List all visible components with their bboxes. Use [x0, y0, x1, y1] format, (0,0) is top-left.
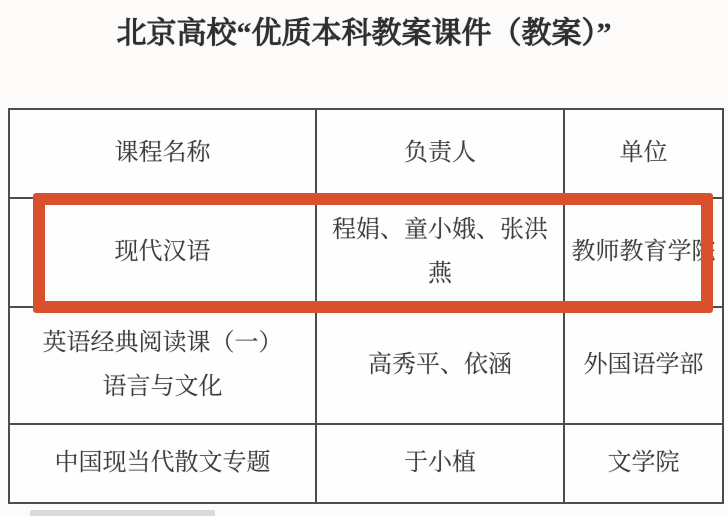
header-leader: 负责人 [316, 109, 564, 198]
table-row: 英语经典阅读课（一） 语言与文化 高秀平、依涵 外国语学部 [9, 307, 723, 424]
cell-unit: 教师教育学院 [564, 198, 723, 307]
cell-course-name: 英语经典阅读课（一） 语言与文化 [9, 307, 316, 424]
cell-course-name: 中国现当代散文专题 [9, 424, 316, 503]
document-title: 北京高校“优质本科教案课件（教案）” [0, 8, 728, 52]
cell-unit: 文学院 [564, 424, 723, 503]
course-table: 课程名称 负责人 单位 现代汉语 程娟、童小娥、张洪燕 教师教育学院 英语经典阅… [8, 108, 724, 504]
header-unit: 单位 [564, 109, 723, 198]
cell-course-name: 现代汉语 [9, 198, 316, 307]
table-row: 中国现当代散文专题 于小植 文学院 [9, 424, 723, 503]
table-row-highlighted: 现代汉语 程娟、童小娥、张洪燕 教师教育学院 [9, 198, 723, 307]
table-header-row: 课程名称 负责人 单位 [9, 109, 723, 198]
cutoff-content-artifact [30, 510, 215, 516]
cell-unit: 外国语学部 [564, 307, 723, 424]
document-page: { "page": { "title": "北京高校“优质本科教案课件（教案）”… [0, 0, 728, 516]
header-course-name: 课程名称 [9, 109, 316, 198]
cell-leader: 于小植 [316, 424, 564, 503]
cell-leader: 程娟、童小娥、张洪燕 [316, 198, 564, 307]
cell-leader: 高秀平、依涵 [316, 307, 564, 424]
